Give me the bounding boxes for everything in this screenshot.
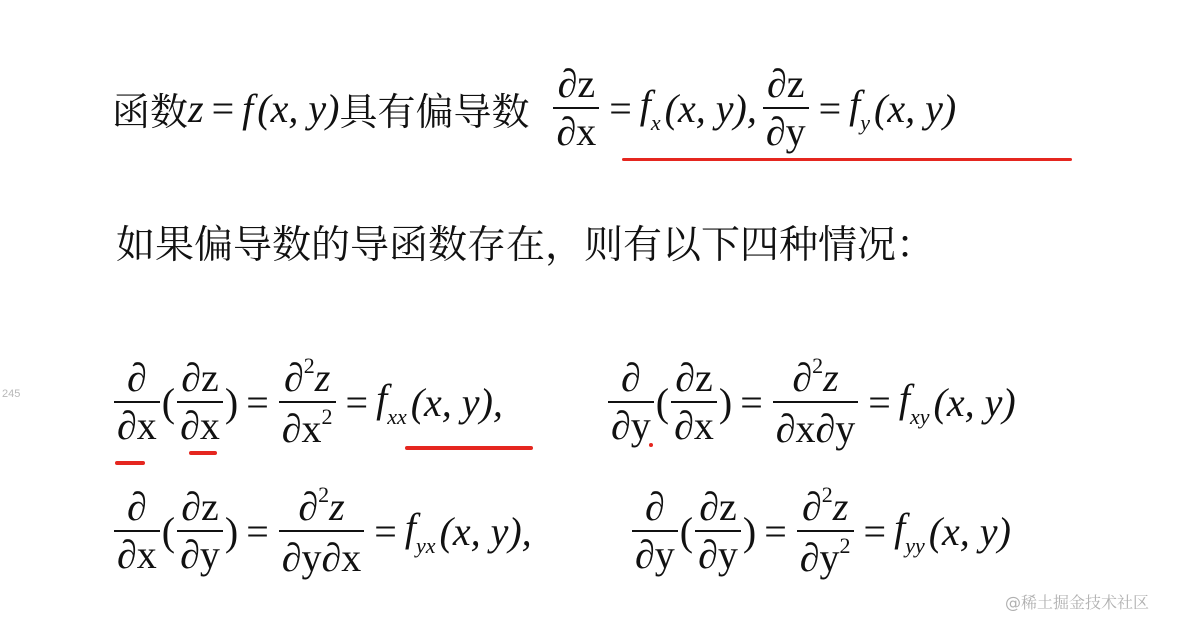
annotation-underline-outer-dx (115, 461, 145, 465)
result-f: fyy (894, 504, 925, 559)
annotation-dot (649, 443, 653, 447)
outer-derivative: ∂ ∂y (608, 358, 654, 446)
inner-derivative: ∂z ∂x (177, 358, 223, 446)
fy-args: (x, y) (874, 85, 956, 132)
formula-fyx: ∂ ∂x ( ∂z ∂y ) = ∂2z ∂y∂x = fyx (x, y), (112, 484, 532, 578)
result-args: (x, y), (440, 508, 532, 555)
fy-label: fy (849, 81, 870, 136)
second-derivative: ∂2z ∂y2 (797, 484, 854, 578)
formula-fxy: ∂ ∂y ( ∂z ∂x ) = ∂2z ∂x∂y = fxy (x, y) (606, 355, 1016, 449)
partial-z-y: ∂z ∂y (763, 64, 809, 152)
annotation-underline-line1 (622, 158, 1072, 161)
result-f: fxx (376, 375, 407, 430)
outer-derivative: ∂ ∂x (114, 487, 160, 575)
second-derivative: ∂2z ∂y∂x (279, 484, 365, 578)
line1-prefix: 函数 (112, 81, 188, 136)
annotation-underline-inner-dx (189, 451, 217, 455)
second-derivative: ∂2z ∂x∂y (773, 355, 859, 449)
outer-derivative: ∂ ∂x (114, 358, 160, 446)
result-args: (x, y) (929, 508, 1011, 555)
line-number: 245 (2, 388, 20, 400)
partial-z-x: ∂z ∂x (553, 64, 599, 152)
fx-label: fx (640, 81, 661, 136)
line1-eq: = (212, 85, 235, 132)
annotation-underline-fxx (405, 446, 533, 450)
result-args: (x, y), (411, 379, 503, 426)
second-derivative: ∂2z ∂x2 (279, 355, 336, 449)
line1-args: (x, y) (257, 85, 339, 132)
result-args: (x, y) (934, 379, 1016, 426)
watermark: @稀土掘金技术社区 (1005, 590, 1149, 613)
formula-fxx: ∂ ∂x ( ∂z ∂x ) = ∂2z ∂x2 = fxx (x, y), (112, 355, 503, 449)
fx-args: (x, y), (665, 85, 757, 132)
line1-f: f (242, 85, 253, 132)
result-f: fyx (405, 504, 436, 559)
formula-fyy: ∂ ∂y ( ∂z ∂y ) = ∂2z ∂y2 = fyy (x, y) (630, 484, 1011, 578)
line2: 如果偏导数的导函数存在，则有以下四种情况： (116, 214, 935, 270)
inner-derivative: ∂z ∂x (671, 358, 717, 446)
result-f: fxy (899, 375, 930, 430)
line1: 函数 z = f (x, y) 具有偏导数 ∂z ∂x = fx (x, y),… (112, 58, 956, 158)
inner-derivative: ∂z ∂y (695, 487, 741, 575)
outer-derivative: ∂ ∂y (632, 487, 678, 575)
inner-derivative: ∂z ∂y (177, 487, 223, 575)
line1-suffix: 具有偏导数 (339, 81, 529, 136)
line1-func-var: z (188, 85, 204, 132)
